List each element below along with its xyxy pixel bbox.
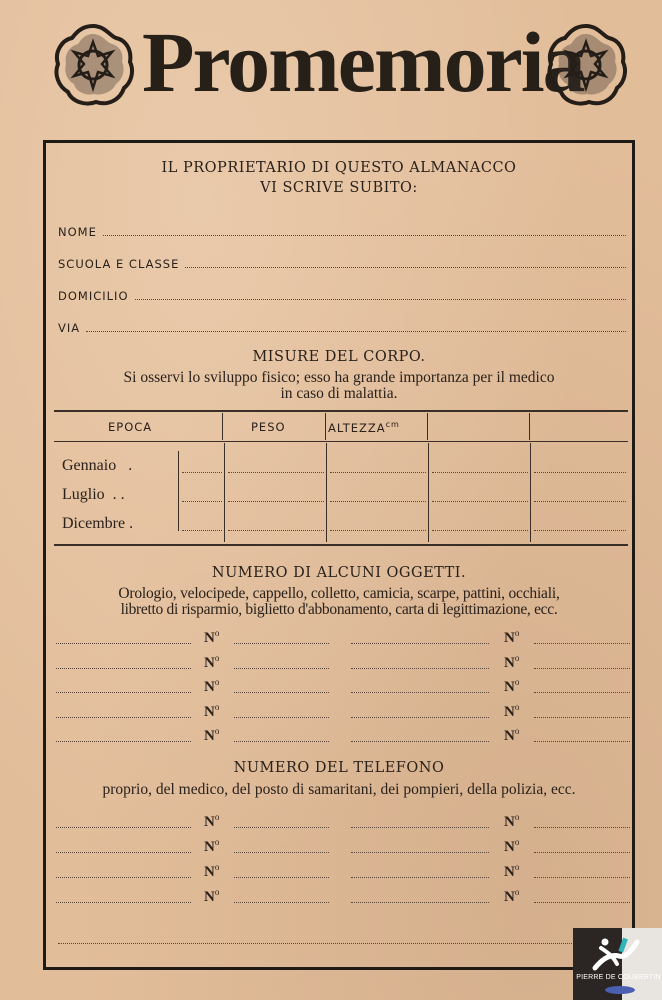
number-entry-row: NoNo (56, 703, 628, 721)
item-name-line[interactable] (351, 902, 489, 903)
number-line[interactable] (234, 643, 329, 644)
number-label: No (504, 628, 519, 647)
field-label: NOME (58, 225, 103, 239)
measurements-heading: MISURE DEL CORPO. (46, 349, 632, 365)
owner-heading-line1: IL PROPRIETARIO DI QUESTO ALMANACCO (46, 160, 632, 176)
phone-subtitle: proprio, del medico, del posto di samari… (46, 781, 632, 798)
column-divider (224, 443, 225, 542)
item-name-line[interactable] (56, 902, 191, 903)
column-divider (530, 443, 531, 542)
rosette-ornament-icon (543, 22, 629, 108)
objects-subtitle-line2: libretto di risparmio, biglietto d'abbon… (46, 601, 632, 618)
number-entry-row: NoNo (56, 838, 628, 856)
column-divider (222, 413, 223, 440)
column-divider (427, 413, 428, 440)
field-label: SCUOLA E CLASSE (58, 257, 185, 271)
objects-subtitle-line1: Orologio, velocipede, cappello, colletto… (46, 585, 632, 602)
item-name-line[interactable] (56, 827, 191, 828)
measurement-cell[interactable] (330, 472, 426, 473)
number-label: No (204, 887, 219, 906)
number-label: No (504, 837, 519, 856)
watermark-base (605, 986, 635, 994)
number-line[interactable] (234, 877, 329, 878)
form-frame: IL PROPRIETARIO DI QUESTO ALMANACCO VI S… (43, 140, 635, 970)
number-label: No (504, 887, 519, 906)
number-line[interactable] (234, 717, 329, 718)
number-label: No (204, 677, 219, 696)
field-domicilio[interactable]: DOMICILIO (58, 287, 626, 303)
column-header-epoca: EPOCA (108, 420, 152, 434)
measurement-cell[interactable] (432, 530, 528, 531)
item-name-line[interactable] (56, 852, 191, 853)
number-label: No (204, 653, 219, 672)
measurement-cell[interactable] (330, 530, 426, 531)
row-label-gennaio: Gennaio . (62, 457, 132, 475)
measurement-cell[interactable] (228, 501, 324, 502)
number-label: No (204, 812, 219, 831)
number-entry-row: NoNo (56, 813, 628, 831)
rosette-ornament-icon (50, 22, 136, 108)
number-label: No (504, 812, 519, 831)
column-divider (178, 451, 179, 531)
measurement-cell[interactable] (432, 472, 528, 473)
field-input-line[interactable] (185, 267, 626, 268)
item-name-line[interactable] (351, 643, 489, 644)
number-label: No (504, 862, 519, 881)
number-line[interactable] (534, 902, 630, 903)
number-line[interactable] (234, 741, 329, 742)
watermark-logo: PIERRE DE COUBERTIN (573, 928, 662, 1000)
item-name-line[interactable] (351, 692, 489, 693)
page-title: Promemoria (142, 14, 532, 110)
extra-note-line[interactable] (58, 943, 628, 944)
column-header-altezza: ALTEZZAcm (328, 420, 400, 435)
table-top-rule (54, 410, 628, 412)
number-entry-row: NoNo (56, 863, 628, 881)
table-bottom-rule (54, 544, 628, 546)
number-label: No (204, 702, 219, 721)
column-divider (325, 413, 326, 440)
number-entry-row: NoNo (56, 727, 628, 745)
column-divider (529, 413, 530, 440)
row-label-dicembre: Dicembre . (62, 515, 133, 533)
number-label: No (204, 837, 219, 856)
field-input-line[interactable] (86, 331, 626, 332)
number-label: No (504, 702, 519, 721)
number-label: No (504, 677, 519, 696)
field-label: DOMICILIO (58, 289, 135, 303)
number-line[interactable] (234, 668, 329, 669)
item-name-line[interactable] (56, 668, 191, 669)
table-header-rule (54, 441, 628, 442)
item-name-line[interactable] (56, 692, 191, 693)
number-line[interactable] (534, 827, 630, 828)
item-name-line[interactable] (56, 741, 191, 742)
measurements-subtitle-line1: Si osservi lo sviluppo fisico; esso ha g… (46, 369, 632, 386)
number-line[interactable] (534, 717, 630, 718)
number-label: No (204, 726, 219, 745)
row-label-luglio: Luglio . . (62, 486, 125, 504)
number-entry-row: NoNo (56, 629, 628, 647)
measurement-cell[interactable] (228, 530, 324, 531)
number-entry-row: NoNo (56, 654, 628, 672)
measurement-cell[interactable] (228, 472, 324, 473)
measurement-cell[interactable] (182, 501, 222, 502)
number-label: No (204, 628, 219, 647)
item-name-line[interactable] (351, 852, 489, 853)
column-header-peso: PESO (251, 420, 286, 434)
column-divider (428, 443, 429, 542)
field-via[interactable]: VIA (58, 319, 626, 335)
field-nome[interactable]: NOME (58, 223, 626, 239)
number-line[interactable] (234, 902, 329, 903)
number-label: No (504, 726, 519, 745)
objects-heading: NUMERO DI ALCUNI OGGETTI. (46, 565, 632, 581)
field-input-line[interactable] (103, 235, 626, 236)
measurement-cell[interactable] (182, 530, 222, 531)
number-entry-row: NoNo (56, 678, 628, 696)
number-line[interactable] (534, 852, 630, 853)
number-label: No (504, 653, 519, 672)
column-divider (326, 443, 327, 542)
item-name-line[interactable] (351, 877, 489, 878)
page-header: Promemoria (0, 0, 662, 130)
measurement-cell[interactable] (534, 530, 626, 531)
item-name-line[interactable] (56, 643, 191, 644)
measurement-cell[interactable] (182, 472, 222, 473)
number-line[interactable] (534, 741, 630, 742)
number-line[interactable] (234, 692, 329, 693)
watermark-text: PIERRE DE COUBERTIN (575, 974, 662, 981)
item-name-line[interactable] (56, 717, 191, 718)
number-line[interactable] (234, 827, 329, 828)
item-name-line[interactable] (351, 827, 489, 828)
number-line[interactable] (534, 692, 630, 693)
measurement-cell[interactable] (534, 472, 626, 473)
measurements-subtitle-line2: in caso di malattia. (46, 385, 632, 402)
field-input-line[interactable] (135, 299, 627, 300)
field-label: VIA (58, 321, 86, 335)
item-name-line[interactable] (351, 741, 489, 742)
owner-heading-line2: VI SCRIVE SUBITO: (46, 180, 632, 196)
item-name-line[interactable] (56, 877, 191, 878)
measurement-cell[interactable] (432, 501, 528, 502)
number-line[interactable] (534, 643, 630, 644)
number-line[interactable] (534, 668, 630, 669)
item-name-line[interactable] (351, 717, 489, 718)
measurement-cell[interactable] (534, 501, 626, 502)
phone-heading: NUMERO DEL TELEFONO (46, 760, 632, 776)
measurement-cell[interactable] (330, 501, 426, 502)
number-line[interactable] (534, 877, 630, 878)
field-scuola-e-classe[interactable]: SCUOLA E CLASSE (58, 255, 626, 271)
item-name-line[interactable] (351, 668, 489, 669)
number-line[interactable] (234, 852, 329, 853)
number-entry-row: NoNo (56, 888, 628, 906)
runner-icon (591, 934, 641, 974)
number-label: No (204, 862, 219, 881)
